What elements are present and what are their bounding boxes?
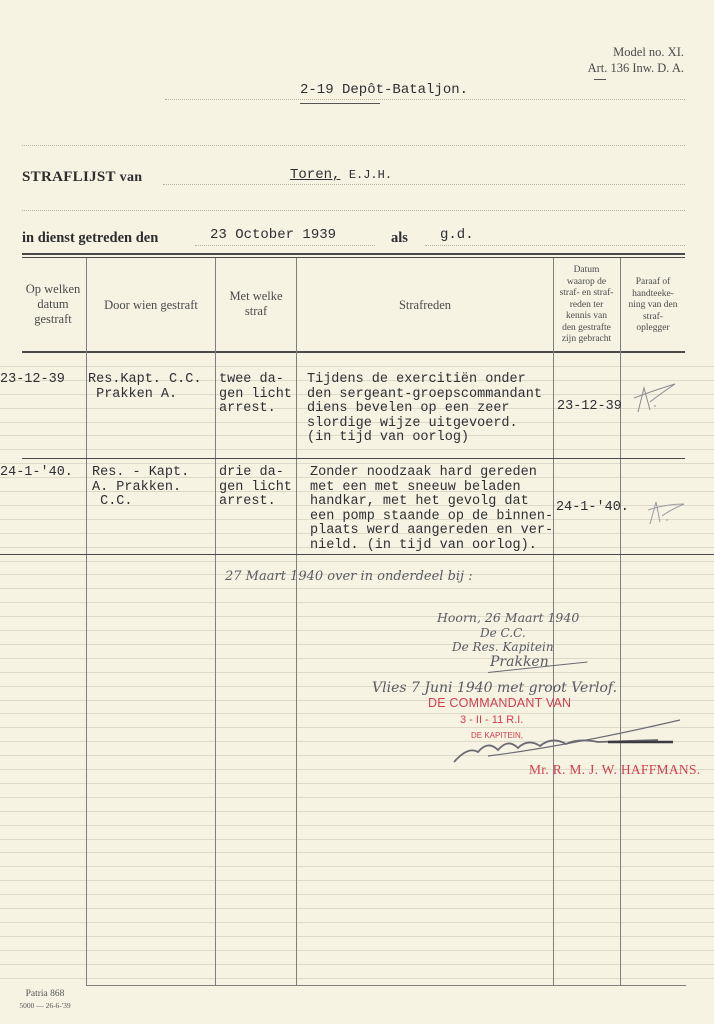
header-line: handteeke- — [620, 289, 686, 301]
cell-door-wien: Res.Kapt. C.C. Prakken A. — [88, 373, 201, 402]
stamp-name: Mr. R. M. J. W. HAFFMANS. — [529, 762, 700, 778]
model-underline — [594, 79, 606, 80]
cell-strafreden: Tijdens de exercitiën onder den sergeant… — [307, 373, 542, 446]
person-name: Toren, E.J.H. — [290, 167, 392, 183]
ruled-line — [0, 672, 714, 673]
surname: Toren, — [290, 167, 340, 183]
initials: E.J.H. — [349, 168, 392, 182]
header-line: straf — [216, 304, 296, 319]
straflijst-title: STRAFLIJST — [22, 169, 116, 185]
battalion-underline — [300, 103, 380, 104]
straflijst-label: STRAFLIJST van — [22, 169, 142, 186]
header-line: gestraft — [18, 312, 88, 327]
column-divider — [86, 258, 87, 985]
ruled-line — [0, 366, 714, 367]
ruled-line — [0, 700, 714, 701]
ruled-line — [0, 713, 714, 714]
stamp-commandant: DE COMMANDANT VAN — [428, 696, 571, 710]
dotted-line — [22, 145, 685, 146]
header-strafreden: Strafreden — [297, 298, 553, 313]
cell-datum: 24-1-'40. — [0, 466, 73, 481]
battalion-title: 2-19 Depôt-Bataljon. — [300, 82, 468, 98]
handwritten-note-transfer: 27 Maart 1940 over in onderdeel bij : — [225, 569, 473, 584]
cell-datum: 23-12-39 — [0, 373, 65, 388]
handwritten-place-date: Hoorn, 26 Maart 1940 — [437, 610, 579, 625]
handwritten-dcc: De C.C. — [480, 626, 526, 640]
row-divider — [0, 554, 714, 555]
ruled-line — [0, 950, 714, 951]
ruled-line — [0, 644, 714, 645]
ruled-line — [0, 602, 714, 603]
ruled-line — [0, 449, 714, 450]
paraaf-signature-icon — [630, 380, 680, 416]
table-header-bottom-rule — [22, 351, 685, 353]
ruled-line — [0, 811, 714, 812]
cell-straf: drie da- gen licht arrest. — [219, 466, 292, 510]
ruled-line — [0, 852, 714, 853]
dienst-date: 23 October 1939 — [210, 227, 336, 243]
ruled-line — [0, 922, 714, 923]
ruled-line — [0, 616, 714, 617]
model-line-2: Art. 136 Inw. D. A. — [588, 60, 684, 76]
van-label: van — [120, 170, 143, 185]
ruled-line — [0, 936, 714, 937]
als-label: als — [391, 230, 408, 247]
ruled-line — [0, 797, 714, 798]
header-line: oplegger — [620, 323, 686, 335]
ruled-line — [0, 825, 714, 826]
model-line-1: Model no. XI. — [588, 44, 684, 60]
dotted-line — [163, 184, 685, 185]
cell-kennis-datum: 24-1-'40. — [556, 501, 629, 516]
handwritten-res-kapitein: De Res. Kapitein — [452, 640, 554, 654]
table-top-rule-thin — [22, 257, 685, 258]
header-line: reden ter — [553, 300, 620, 312]
header-line: den gestrafte — [553, 323, 620, 335]
dotted-line — [22, 210, 685, 211]
signature-haffmans-icon — [448, 716, 688, 766]
ruled-line — [0, 630, 714, 631]
table-bottom-rule — [86, 985, 686, 986]
header-line: kennis van — [553, 311, 620, 323]
table-top-rule — [22, 253, 685, 255]
header-line: Datum — [553, 265, 620, 277]
header-paraaf: Paraaf of handteeke- ning van den straf-… — [620, 277, 686, 335]
ruled-line — [0, 463, 714, 464]
header-line: waarop de — [553, 277, 620, 289]
header-line: Paraaf of — [620, 277, 686, 289]
cell-door-wien: Res. - Kapt. A. Prakken. C.C. — [92, 466, 189, 510]
ruled-line — [0, 894, 714, 895]
ruled-line — [0, 839, 714, 840]
dotted-line — [425, 245, 685, 246]
header-line: Op welken — [18, 282, 88, 297]
model-number: Model no. XI. Art. 136 Inw. D. A. — [588, 44, 684, 76]
cell-kennis-datum: 23-12-39 — [557, 400, 622, 415]
column-divider — [620, 258, 621, 985]
ruled-line — [0, 588, 714, 589]
header-line: datum — [18, 297, 88, 312]
rank: g.d. — [440, 227, 474, 243]
ruled-line — [0, 964, 714, 965]
imprint-line-2: 5000 — 26-6-'39 — [15, 1000, 75, 1012]
imprint-line-1: Patria 868 — [15, 988, 75, 1000]
column-divider — [215, 258, 216, 985]
ruled-line — [0, 908, 714, 909]
header-datum-kennis: Datum waarop de straf- en straf- reden t… — [553, 265, 620, 346]
header-line: straf- en straf- — [553, 288, 620, 300]
ruled-line — [0, 866, 714, 867]
header-line: straf- — [620, 312, 686, 324]
ruled-line — [0, 561, 714, 562]
ruled-line — [0, 978, 714, 979]
header-line: Met welke — [216, 289, 296, 304]
header-line: ning van den — [620, 300, 686, 312]
printer-imprint: Patria 868 5000 — 26-6-'39 — [15, 988, 75, 1012]
cell-straf: twee da- gen licht arrest. — [219, 373, 292, 417]
ruled-line — [0, 880, 714, 881]
dienst-label: in dienst getreden den — [22, 230, 158, 247]
signature-prakken: Prakken — [490, 654, 549, 670]
header-met-welke-straf: Met welke straf — [216, 289, 296, 319]
ruled-line — [0, 783, 714, 784]
header-door-wien: Door wien gestraft — [87, 298, 215, 313]
paraaf-signature-icon — [644, 496, 690, 528]
row-divider — [22, 458, 685, 459]
ruled-line — [0, 658, 714, 659]
cell-strafreden: Zonder noodzaak hard gereden met een met… — [310, 466, 553, 553]
dotted-line — [195, 245, 375, 246]
dotted-line — [165, 99, 685, 100]
handwritten-note-verlof: Vlies 7 Juni 1940 met groot Verlof. — [372, 680, 617, 696]
column-divider — [296, 258, 297, 985]
header-line: zijn gebracht — [553, 334, 620, 346]
header-op-welken-datum: Op welken datum gestraft — [18, 282, 88, 327]
